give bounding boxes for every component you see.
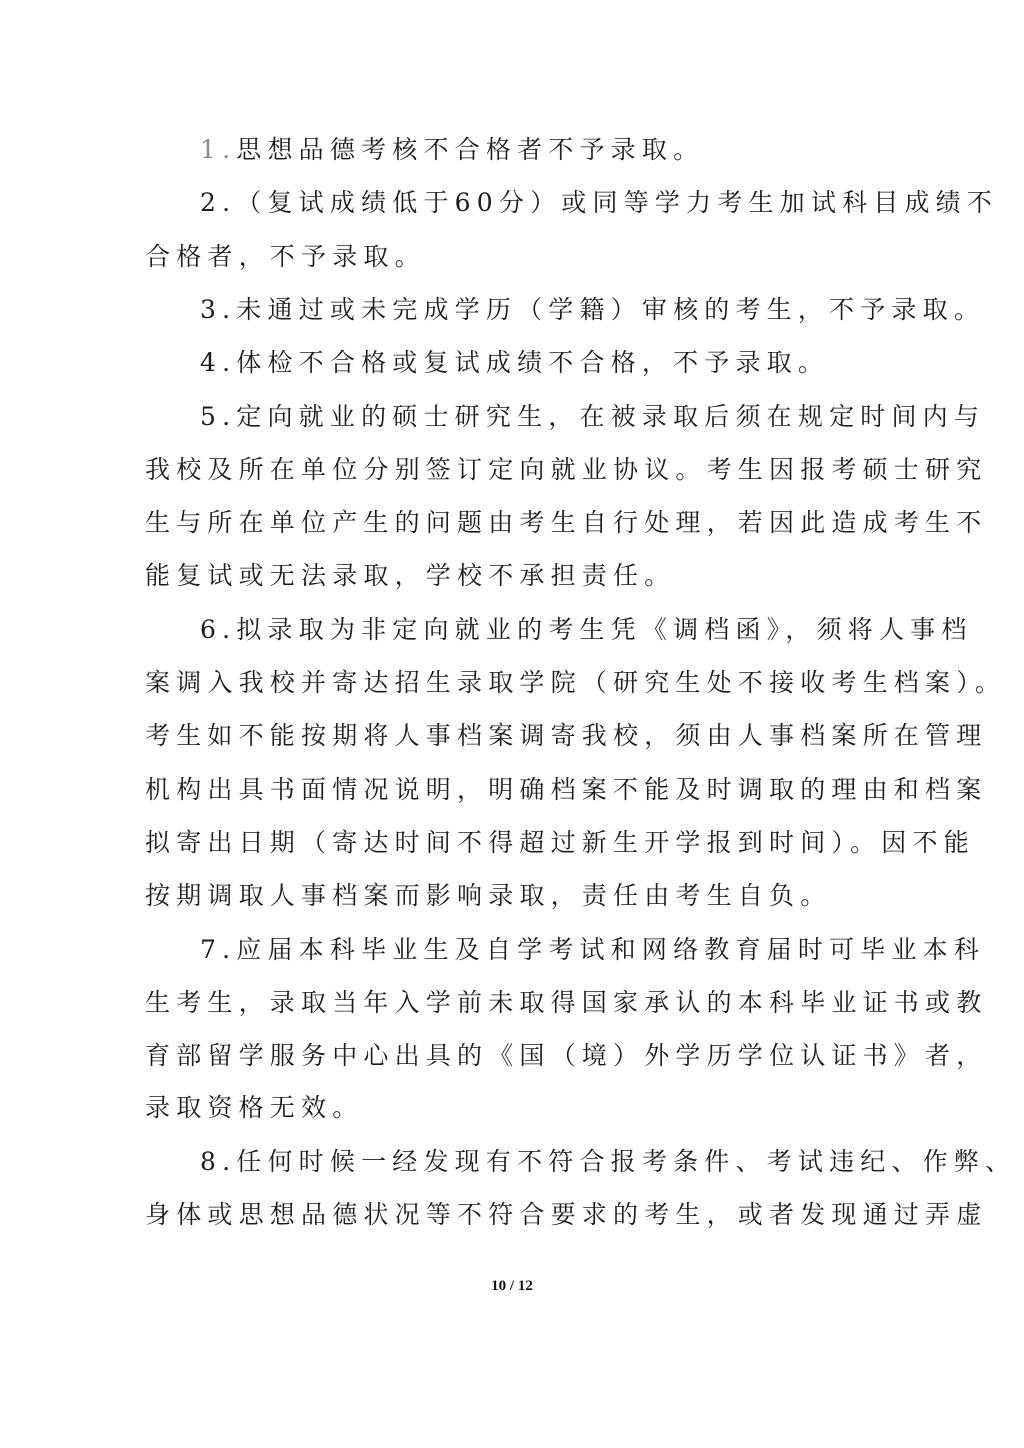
paragraph-2-line-1: 2.（复试成绩低于60分）或同等学力考生加试科目成绩不 bbox=[200, 183, 905, 223]
page-number: 10 / 12 bbox=[0, 1278, 1024, 1295]
paragraph-text: 育部留学服务中心出具的《国（境）外学历学位认证书》者， bbox=[145, 1041, 987, 1070]
paragraph-7-line-3: 育部留学服务中心出具的《国（境）外学历学位认证书》者， bbox=[145, 1036, 905, 1076]
paragraph-6-line-1: 6.拟录取为非定向就业的考生凭《调档函》，须将人事档 bbox=[200, 610, 905, 650]
paragraph-6-line-3: 考生如不能按期将人事档案调寄我校，须由人事档案所在管理 bbox=[145, 716, 905, 756]
paragraph-8-line-2: 身体或思想品德状况等不符合要求的考生，或者发现通过弄虚 bbox=[145, 1195, 905, 1235]
paragraph-text: 案调入我校并寄达招生录取学院（研究生处不接收考生档案）。 bbox=[145, 668, 1006, 697]
paragraph-text: 考生如不能按期将人事档案调寄我校，须由人事档案所在管理 bbox=[145, 721, 987, 750]
paragraph-text: 拟寄出日期（寄达时间不得超过新生开学报到时间）。因不能 bbox=[145, 828, 975, 857]
paragraph-5-line-2: 我校及所在单位分别签订定向就业协议。考生因报考硕士研究 bbox=[145, 450, 905, 490]
paragraph-4-line-1: 4.体检不合格或复试成绩不合格，不予录取。 bbox=[200, 343, 905, 383]
paragraph-text: （复试成绩低于60分）或同等学力考生加试科目成绩不 bbox=[236, 188, 998, 217]
paragraph-text: 生考生，录取当年入学前未取得国家承认的本科毕业证书或教 bbox=[145, 988, 987, 1017]
paragraph-6-line-2: 案调入我校并寄达招生录取学院（研究生处不接收考生档案）。 bbox=[145, 663, 905, 703]
paragraph-text: 生与所在单位产生的问题由考生自行处理，若因此造成考生不 bbox=[145, 508, 987, 537]
paragraph-6-line-6: 按期调取人事档案而影响录取，责任由考生自负。 bbox=[145, 876, 905, 916]
paragraph-2-line-2: 合格者，不予录取。 bbox=[145, 237, 905, 277]
document-page: 1.思想品德考核不合格者不予录取。 2.（复试成绩低于60分）或同等学力考生加试… bbox=[0, 0, 1024, 1448]
paragraph-text: 我校及所在单位分别签订定向就业协议。考生因报考硕士研究 bbox=[145, 455, 987, 484]
paragraph-text: 任何时候一经发现有不符合报考条件、考试违纪、作弊、 bbox=[236, 1147, 1016, 1176]
paragraph-3-line-1: 3.未通过或未完成学历（学籍）审核的考生，不予录取。 bbox=[200, 290, 905, 330]
item-number: 2. bbox=[200, 188, 236, 217]
paragraph-text: 按期调取人事档案而影响录取，责任由考生自负。 bbox=[145, 881, 831, 910]
paragraph-5-line-4: 能复试或无法录取，学校不承担责任。 bbox=[145, 556, 905, 596]
paragraph-text: 拟录取为非定向就业的考生凭《调档函》，须将人事档 bbox=[236, 615, 972, 644]
paragraph-8-line-1: 8.任何时候一经发现有不符合报考条件、考试违纪、作弊、 bbox=[200, 1142, 905, 1182]
paragraph-5-line-1: 5.定向就业的硕士研究生，在被录取后须在规定时间内与 bbox=[200, 397, 905, 437]
item-number: 6. bbox=[200, 615, 236, 644]
paragraph-text: 定向就业的硕士研究生，在被录取后须在规定时间内与 bbox=[236, 402, 985, 431]
paragraph-text: 合格者，不予录取。 bbox=[145, 242, 426, 271]
paragraph-text: 能复试或无法录取，学校不承担责任。 bbox=[145, 561, 675, 590]
item-number: 4. bbox=[200, 348, 236, 377]
paragraph-text: 应届本科毕业生及自学考试和网络教育届时可毕业本科 bbox=[236, 935, 985, 964]
item-number: 3. bbox=[200, 295, 236, 324]
paragraph-text: 录取资格无效。 bbox=[145, 1093, 363, 1122]
paragraph-text: 机构出具书面情况说明，明确档案不能及时调取的理由和档案 bbox=[145, 775, 987, 804]
item-number: 5. bbox=[200, 402, 236, 431]
paragraph-7-line-2: 生考生，录取当年入学前未取得国家承认的本科毕业证书或教 bbox=[145, 983, 905, 1023]
item-number: 8. bbox=[200, 1147, 236, 1176]
paragraph-6-line-5: 拟寄出日期（寄达时间不得超过新生开学报到时间）。因不能 bbox=[145, 823, 905, 863]
paragraph-1-line-1: 1.思想品德考核不合格者不予录取。 bbox=[200, 130, 905, 170]
paragraph-text: 未通过或未完成学历（学籍）审核的考生，不予录取。 bbox=[236, 295, 985, 324]
item-number: 7. bbox=[200, 935, 236, 964]
paragraph-7-line-1: 7.应届本科毕业生及自学考试和网络教育届时可毕业本科 bbox=[200, 930, 905, 970]
paragraph-text: 身体或思想品德状况等不符合要求的考生，或者发现通过弄虚 bbox=[145, 1200, 987, 1229]
paragraph-text: 体检不合格或复试成绩不合格，不予录取。 bbox=[236, 348, 829, 377]
item-number: 1. bbox=[200, 135, 236, 164]
paragraph-6-line-4: 机构出具书面情况说明，明确档案不能及时调取的理由和档案 bbox=[145, 770, 905, 810]
paragraph-5-line-3: 生与所在单位产生的问题由考生自行处理，若因此造成考生不 bbox=[145, 503, 905, 543]
paragraph-7-line-4: 录取资格无效。 bbox=[145, 1088, 905, 1128]
paragraph-text: 思想品德考核不合格者不予录取。 bbox=[236, 135, 704, 164]
